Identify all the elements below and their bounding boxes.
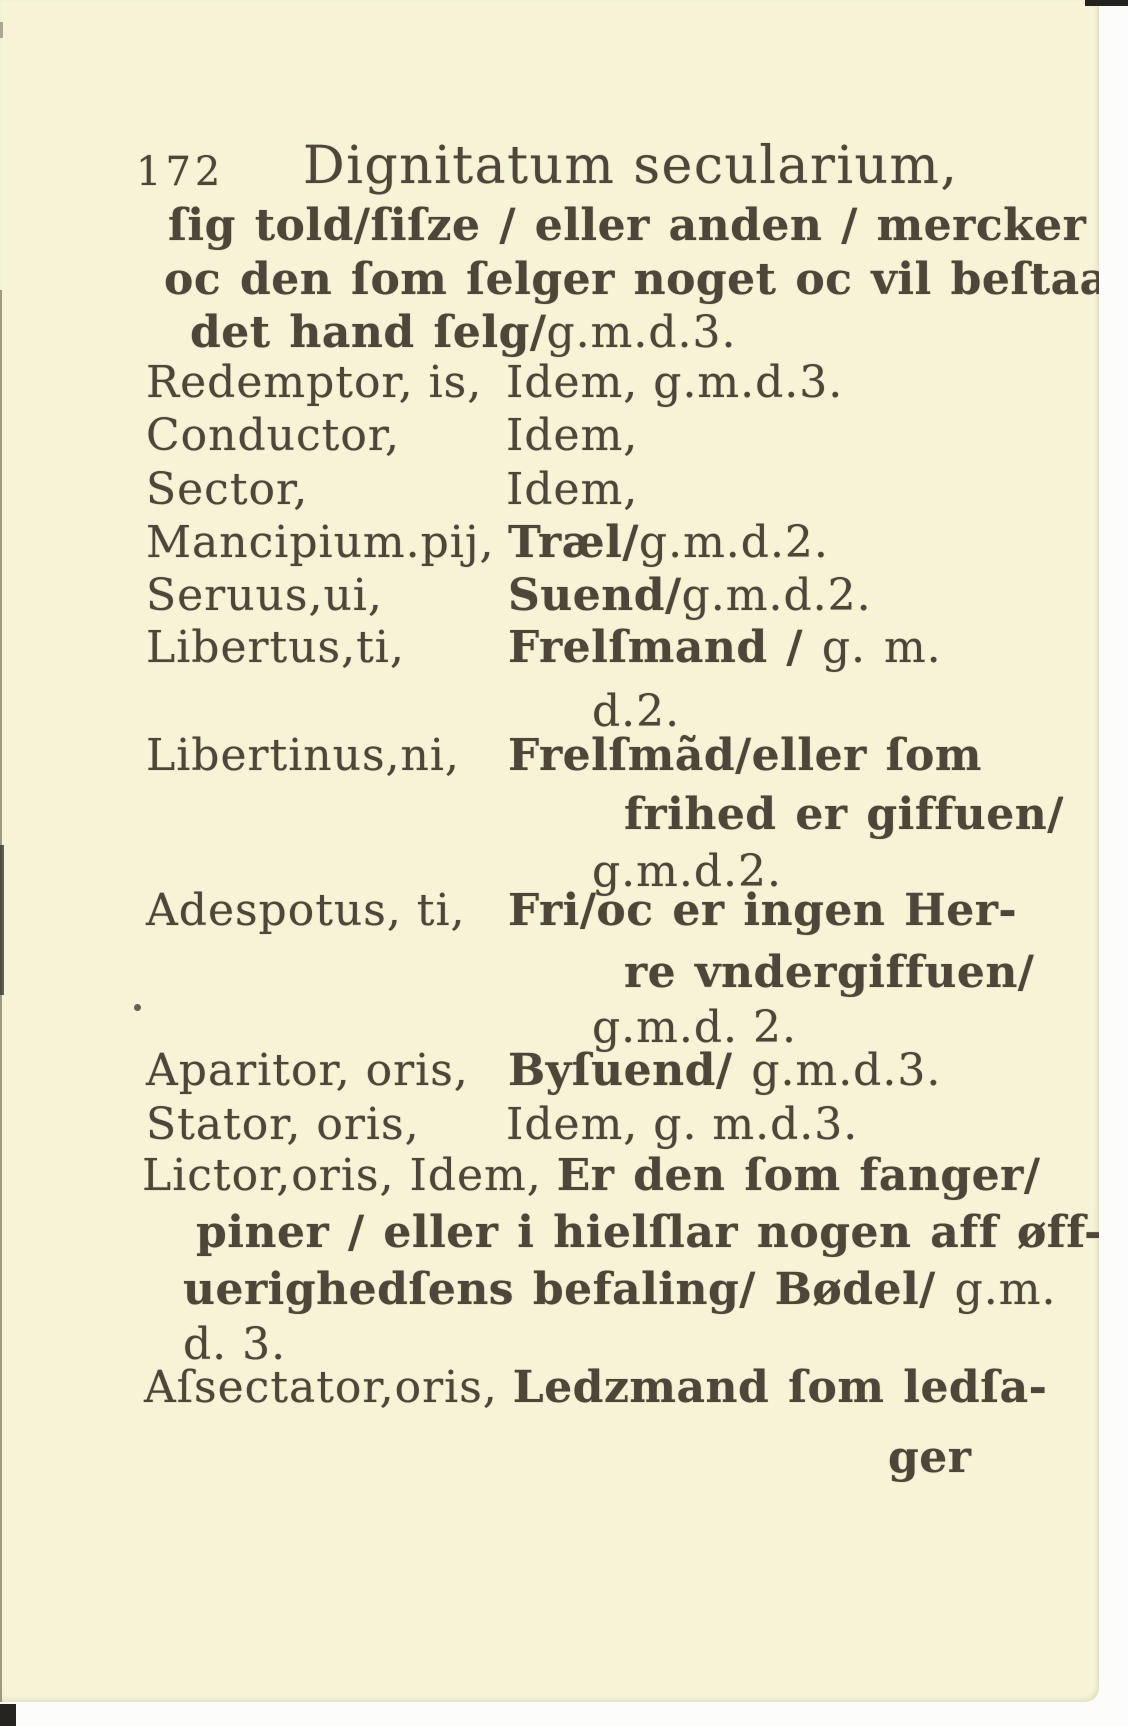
entry-danish: Suend/	[508, 570, 682, 621]
entry-translation: Idem, g.m.d.3.	[506, 361, 843, 405]
intro-line-2: oc den ſom ſelger noget oc vil beſtaaæ	[164, 258, 1128, 302]
scan-edge-top-right	[1085, 0, 1128, 6]
entry-translation: Fri/oc er ingen Her-	[508, 889, 1017, 933]
entry-continuation: frihed er giffuen/	[624, 793, 1064, 837]
entry-latin-and-translation: Aſsectator,oris, Ledzmand ſom ledſa-	[144, 1366, 1047, 1410]
entry-danish: Ledzmand ſom ledſa-	[513, 1362, 1048, 1413]
entry-danish: Byſuend/	[508, 1045, 751, 1096]
intro-line-3: det hand ſelg/g.m.d.3.	[190, 311, 736, 355]
scanned-book-page: 172 Dignitatum secularium, ſig told/ſiſz…	[0, 0, 1128, 1726]
intro-line-3-danish: det hand ſelg/	[190, 307, 546, 358]
entry-gmd: g.m.d.3.	[751, 1045, 941, 1096]
entry-latin: Stator, oris,	[146, 1103, 420, 1147]
entry-continuation: g.m.d. 2.	[592, 1006, 797, 1050]
scanner-background-right	[1099, 0, 1128, 1726]
entry-continuation: d. 3.	[183, 1323, 286, 1367]
ink-speck	[134, 1004, 141, 1011]
intro-line-1: ſig told/ſiſze / eller anden / mercker	[168, 204, 1086, 248]
entry-translation: Byſuend/ g.m.d.3.	[508, 1049, 941, 1093]
entry-translation: Idem,	[506, 468, 638, 512]
scanner-background-bottom	[0, 1702, 1128, 1726]
entry-latin: Lictor,oris, Idem,	[142, 1150, 557, 1201]
entry-translation: Træl/g.m.d.2.	[508, 521, 829, 565]
page-number: 172	[136, 152, 224, 192]
entry-latin: Adespotus, ti,	[146, 889, 466, 933]
scan-edge-left-blob	[0, 845, 4, 995]
entry-continuation: re vndergiffuen/	[624, 951, 1034, 995]
entry-continuation: ger	[888, 1436, 971, 1480]
entry-danish: Træl/	[508, 517, 639, 568]
scan-edge-left-line	[0, 290, 2, 1702]
entry-latin: Redemptor, is,	[146, 361, 482, 405]
intro-line-3-gmd: g.m.d.3.	[546, 307, 736, 358]
entry-latin: Libertus,ti,	[146, 626, 405, 670]
entry-gmd: g.m.d.2.	[639, 517, 829, 568]
entry-translation: Frelſmand / g. m.	[508, 626, 942, 670]
entry-latin-and-translation: Lictor,oris, Idem, Er den ſom fanger/	[142, 1154, 1040, 1198]
entry-continuation: d.2.	[592, 690, 680, 734]
entry-danish: Frelſmand /	[508, 622, 822, 673]
entry-latin: Mancipium.pij,	[146, 521, 495, 565]
paper-sheet: 172 Dignitatum secularium, ſig told/ſiſz…	[0, 0, 1099, 1702]
entry-latin: Conductor,	[146, 414, 400, 458]
entry-latin: Sector,	[146, 468, 308, 512]
scan-edge-left-tick	[0, 22, 3, 38]
entry-translation: Frelſmãd/eller ſom	[508, 734, 982, 778]
entry-danish: uerighedſens befaling/ Bødel/	[183, 1264, 955, 1315]
entry-gmd: g.m.	[955, 1264, 1057, 1315]
running-header: Dignitatum secularium,	[303, 140, 958, 192]
entry-translation: Suend/g.m.d.2.	[508, 574, 872, 618]
entry-gmd: g. m.	[822, 622, 942, 673]
entry-latin: Seruus,ui,	[146, 574, 383, 618]
entry-translation: Idem, g. m.d.3.	[506, 1103, 858, 1147]
entry-latin: Libertinus,ni,	[146, 734, 460, 778]
entry-continuation: piner / eller i hielſlar nogen aff øff-	[196, 1211, 1103, 1255]
entry-gmd: g.m.d.2.	[682, 570, 872, 621]
entry-continuation: uerighedſens befaling/ Bødel/ g.m.	[183, 1268, 1056, 1312]
entry-latin: Aparitor, oris,	[146, 1049, 469, 1093]
entry-translation: Idem,	[506, 414, 638, 458]
scan-edge-bottom-left	[0, 1704, 16, 1726]
entry-latin: Aſsectator,oris,	[144, 1362, 513, 1413]
entry-danish: Er den ſom fanger/	[557, 1150, 1041, 1201]
